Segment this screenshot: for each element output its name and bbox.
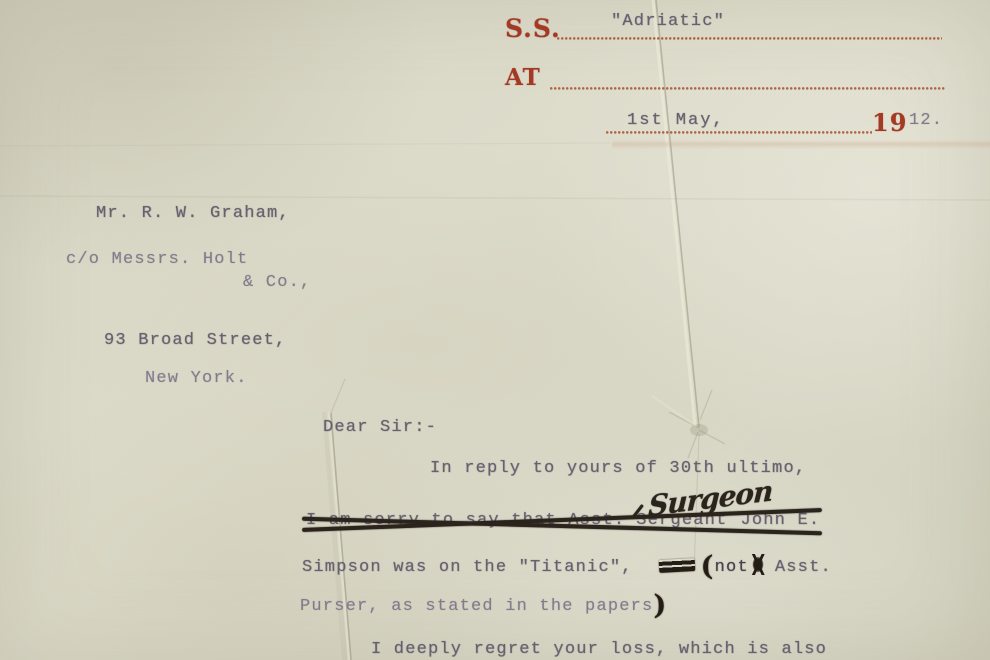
date-dotted-line [606, 131, 872, 134]
address-line-3: & Co., [243, 273, 311, 293]
printed-at-label: AT [505, 64, 541, 91]
body-line-4: Purser, as stated in the papers) [300, 597, 667, 617]
ss-dotted-line [557, 37, 942, 40]
body-line-3-pre: Simpson was on the "Titanic", [302, 558, 633, 577]
ink-strikeout-mark [658, 558, 695, 573]
typed-year-suffix: 12. [909, 111, 943, 131]
at-dotted-line [550, 87, 946, 90]
body-line-5: I deeply regret your loss, which is also [371, 640, 827, 660]
typed-date: 1st May, [627, 111, 725, 131]
body-line-3-post: Asst. [775, 558, 832, 577]
body-line-2: I am sorry to say that Asst.SergeantJohn… [306, 511, 820, 531]
address-line-5: New York. [145, 369, 248, 389]
ink-blot [750, 554, 766, 575]
printed-ss-label: S.S. [505, 14, 561, 43]
salutation: Dear Sir:- [323, 418, 437, 438]
body-line-4-text: Purser, as stated in the papers [300, 597, 653, 616]
fold-discoloration [612, 140, 990, 149]
address-line-1: Mr. R. W. Graham, [96, 204, 290, 224]
letter-paper: S.S. "Adriatic" AT 1st May, 19 12. Mr. R… [0, 0, 990, 660]
address-line-2: c/o Messrs. Holt [66, 250, 248, 270]
ink-paren-open: ( [701, 551, 715, 582]
ink-paren-close: ) [653, 590, 667, 621]
typed-ship-name: "Adriatic" [611, 12, 725, 32]
address-line-4: 93 Broad Street, [104, 331, 286, 351]
body-line-3: Simpson was on the "Titanic",(notAsst. [302, 554, 832, 578]
struck-word-sergeant: Sergeant [636, 511, 727, 531]
body-line-3-not: not [715, 558, 749, 577]
printed-year-prefix: 19 [872, 108, 907, 137]
